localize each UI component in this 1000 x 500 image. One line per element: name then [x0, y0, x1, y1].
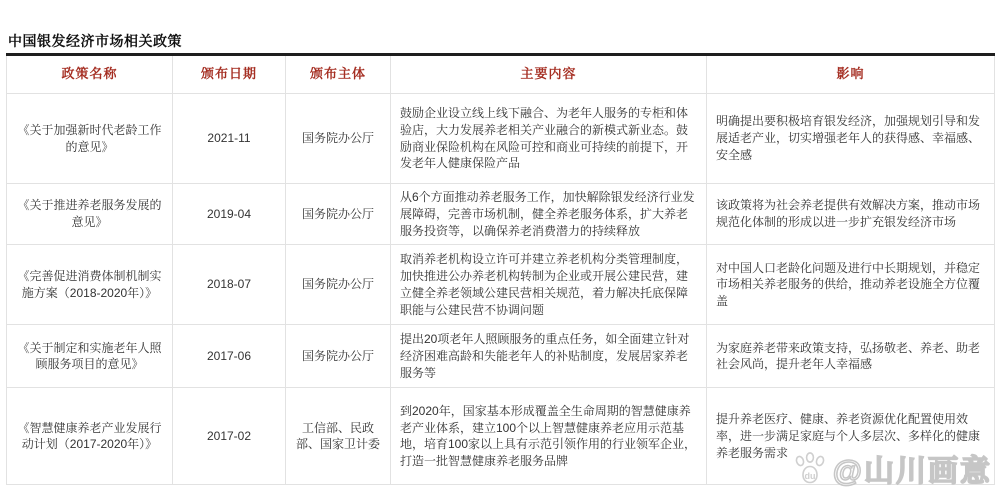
- impact-cell: 为家庭养老带来政策支持，弘扬敬老、养老、助老社会风尚，提升老年人幸福感: [707, 325, 995, 388]
- policy-table: 政策名称 颁布日期 颁布主体 主要内容 影响 《关于加强新时代老龄工作的意见》 …: [6, 53, 995, 485]
- column-header-issuer: 颁布主体: [286, 55, 391, 94]
- table-header-row: 政策名称 颁布日期 颁布主体 主要内容 影响: [7, 55, 995, 94]
- policy-name-cell: 《关于加强新时代老龄工作的意见》: [7, 94, 173, 184]
- issuer-cell: 国务院办公厅: [286, 94, 391, 184]
- issuer-cell: 国务院办公厅: [286, 325, 391, 388]
- issuer-cell: 国务院办公厅: [286, 245, 391, 325]
- impact-cell: 对中国人口老龄化问题及进行中长期规划，并稳定市场相关养老服务的供给，推动养老设施…: [707, 245, 995, 325]
- table-row: 《智慧健康养老产业发展行动计划（2017-2020年）》 2017-02 工信部…: [7, 388, 995, 485]
- table-row: 《关于制定和实施老年人照顾服务项目的意见》 2017-06 国务院办公厅 提出2…: [7, 325, 995, 388]
- issuer-cell: 工信部、民政部、国家卫计委: [286, 388, 391, 485]
- impact-cell: 明确提出要积极培育银发经济，加强规划引导和发展适老产业，切实增强老年人的获得感、…: [707, 94, 995, 184]
- policy-name-cell: 《智慧健康养老产业发展行动计划（2017-2020年）》: [7, 388, 173, 485]
- main-content-cell: 到2020年，国家基本形成覆盖全生命周期的智慧健康养老产业体系，建立100个以上…: [391, 388, 707, 485]
- main-content-cell: 取消养老机构设立许可并建立养老机构分类管理制度，加快推进公办养老机构转制为企业或…: [391, 245, 707, 325]
- issuer-cell: 国务院办公厅: [286, 184, 391, 245]
- policy-name-cell: 《关于制定和实施老年人照顾服务项目的意见》: [7, 325, 173, 388]
- column-header-issue-date: 颁布日期: [173, 55, 286, 94]
- policy-name-cell: 《完善促进消费体制机制实施方案（2018-2020年）》: [7, 245, 173, 325]
- column-header-impact: 影响: [707, 55, 995, 94]
- impact-cell: 提升养老医疗、健康、养老资源优化配置使用效率，进一步满足家庭与个人多层次、多样化…: [707, 388, 995, 485]
- main-content-cell: 提出20项老年人照顾服务的重点任务，如全面建立针对经济困难高龄和失能老年人的补贴…: [391, 325, 707, 388]
- issue-date-cell: 2017-06: [173, 325, 286, 388]
- issue-date-cell: 2017-02: [173, 388, 286, 485]
- table-row: 《关于加强新时代老龄工作的意见》 2021-11 国务院办公厅 鼓励企业设立线上…: [7, 94, 995, 184]
- main-content-cell: 从6个方面推动养老服务工作，加快解除银发经济行业发展障碍，完善市场机制，健全养老…: [391, 184, 707, 245]
- page-title: 中国银发经济市场相关政策: [8, 31, 182, 51]
- column-header-policy-name: 政策名称: [7, 55, 173, 94]
- issue-date-cell: 2018-07: [173, 245, 286, 325]
- table-row: 《完善促进消费体制机制实施方案（2018-2020年）》 2018-07 国务院…: [7, 245, 995, 325]
- impact-cell: 该政策将为社会养老提供有效解决方案，推动市场规范化体制的形成以进一步扩充银发经济…: [707, 184, 995, 245]
- issue-date-cell: 2021-11: [173, 94, 286, 184]
- policy-name-cell: 《关于推进养老服务发展的意见》: [7, 184, 173, 245]
- issue-date-cell: 2019-04: [173, 184, 286, 245]
- main-content-cell: 鼓励企业设立线上线下融合、为老年人服务的专柜和体验店，大力发展养老相关产业融合的…: [391, 94, 707, 184]
- table-row: 《关于推进养老服务发展的意见》 2019-04 国务院办公厅 从6个方面推动养老…: [7, 184, 995, 245]
- column-header-main-content: 主要内容: [391, 55, 707, 94]
